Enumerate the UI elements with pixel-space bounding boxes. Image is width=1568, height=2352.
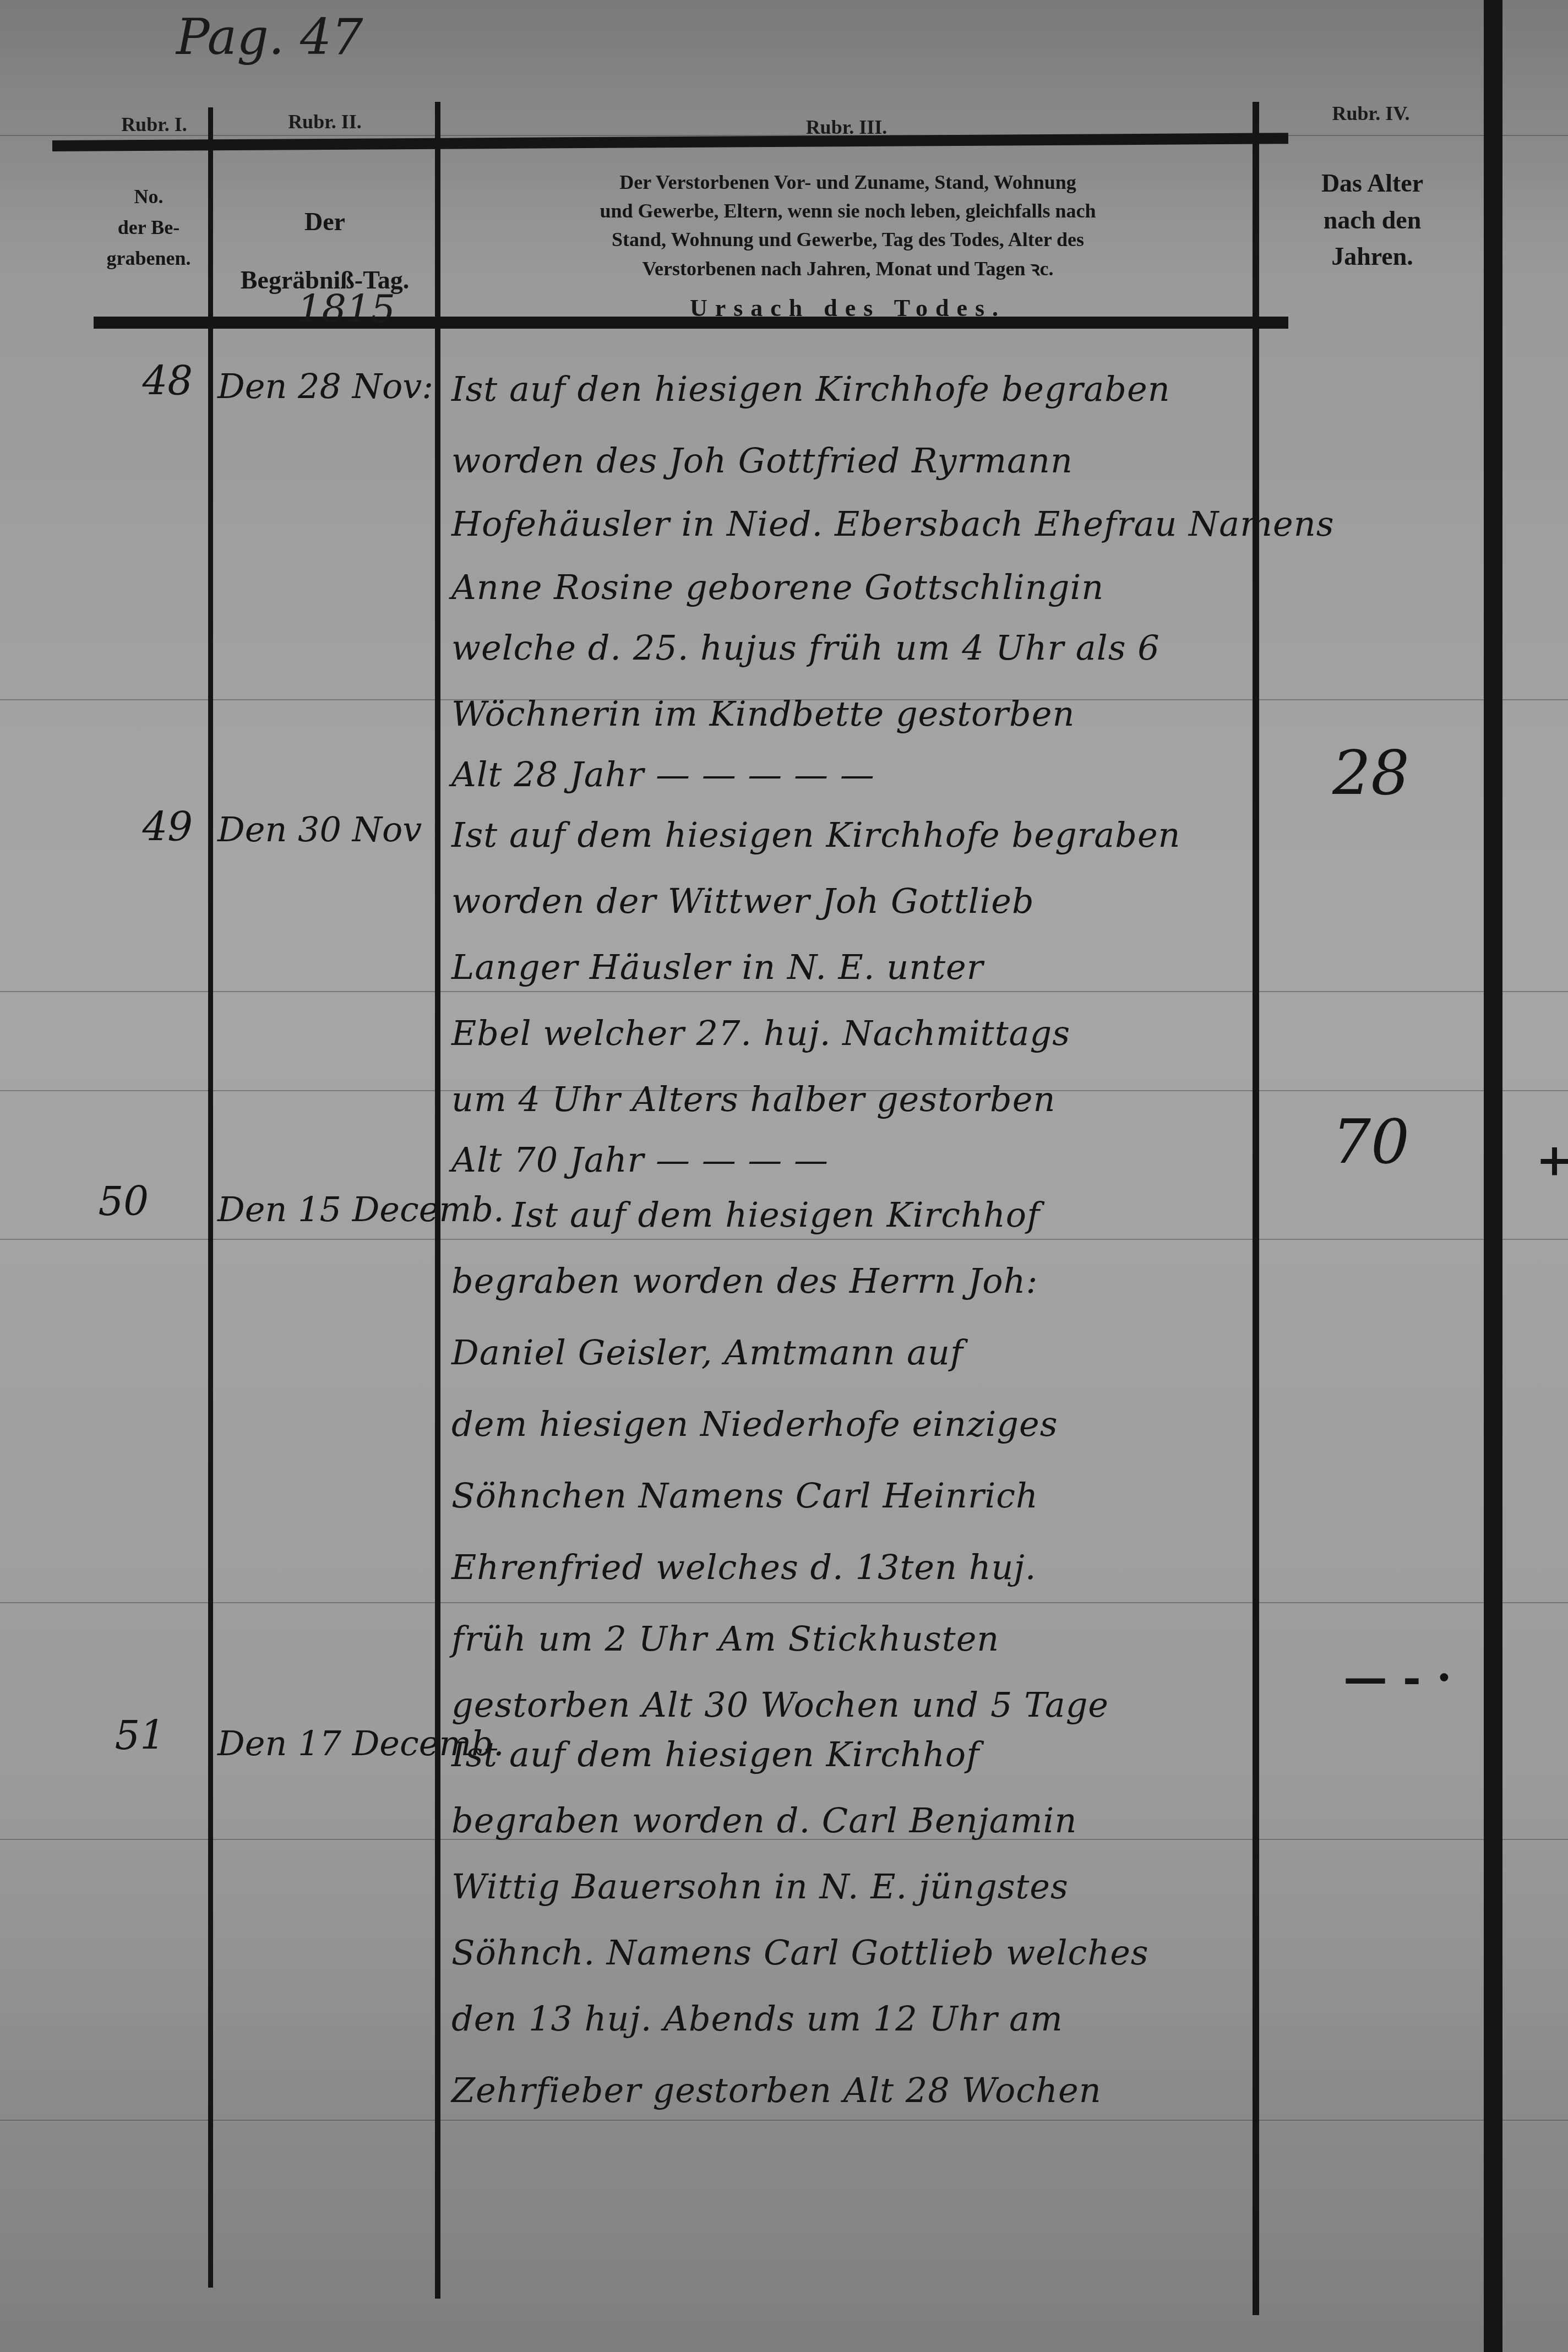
header-cause-of-death: Ursach des Todes. xyxy=(451,291,1244,326)
year-annotation: 1815 xyxy=(297,286,395,331)
entry-text-line: Alt 28 Jahr — — — — — xyxy=(451,754,875,794)
ruled-line xyxy=(0,1239,1568,1240)
entry-number: 48 xyxy=(110,358,193,404)
header-line: No. xyxy=(88,182,209,213)
entry-age: 28 xyxy=(1332,738,1409,808)
entry-text-line: Söhnch. Namens Carl Gottlieb welches xyxy=(451,1932,1149,1973)
entry-date: Den 15 Decemb. xyxy=(217,1189,504,1229)
entry-text-line: Söhnchen Namens Carl Heinrich xyxy=(451,1476,1038,1516)
entry-text-line: welche d. 25. hujus früh um 4 Uhr als 6 xyxy=(451,628,1160,668)
page-number: Pag. 47 xyxy=(176,8,363,66)
entry-text-line: dem hiesigen Niederhofe einziges xyxy=(451,1404,1058,1444)
entry-text-line: Ebel welcher 27. huj. Nachmittags xyxy=(451,1013,1070,1053)
entry-text-line: früh um 2 Uhr Am Stickhusten xyxy=(451,1619,999,1659)
header-line: Verstorbenen nach Jahren, Monat und Tage… xyxy=(451,254,1244,283)
entry-text-line: Alt 70 Jahr — — — — xyxy=(451,1140,829,1180)
ruled-line xyxy=(0,1602,1568,1603)
rubric-4: Rubr. IV. xyxy=(1261,102,1481,125)
entry-text-line: Ist auf dem hiesigen Kirchhofe begraben xyxy=(451,815,1181,855)
header-line: nach den xyxy=(1264,202,1481,239)
header-line: und Gewerbe, Eltern, wenn sie noch leben… xyxy=(451,197,1244,225)
header-col-number: No. der Be- grabenen. xyxy=(88,182,209,274)
entry-text-line: begraben worden d. Carl Benjamin xyxy=(451,1800,1077,1841)
entry-number: 51 xyxy=(83,1712,165,1758)
entry-text-line: begraben worden des Herrn Joh: xyxy=(451,1261,1038,1301)
register-page: Pag. 47 Rubr. I. Rubr. II. Rubr. III. Ru… xyxy=(0,0,1568,2352)
entry-number: 50 xyxy=(66,1178,149,1224)
page-edge-rule xyxy=(1484,0,1502,2352)
dash-mark: — - · xyxy=(1343,1652,1452,1703)
entry-text-line: worden der Wittwer Joh Gottlieb xyxy=(451,881,1035,921)
entry-text-line: Langer Häusler in N. E. unter xyxy=(451,947,983,987)
header-line: Stand, Wohnung und Gewerbe, Tag des Tode… xyxy=(451,225,1244,254)
rubric-1: Rubr. I. xyxy=(99,113,209,136)
entry-date: Den 30 Nov xyxy=(217,809,422,850)
entry-number: 49 xyxy=(110,804,193,850)
header-line: Das Alter xyxy=(1264,165,1481,202)
entry-text-line: Ist auf dem hiesigen Kirchhof xyxy=(512,1195,1040,1235)
entry-text-line: Hofehäusler in Nied. Ebersbach Ehefrau N… xyxy=(451,504,1335,544)
cross-mark: + xyxy=(1536,1134,1568,1186)
entry-text-line: Wittig Bauersohn in N. E. jüngstes xyxy=(451,1866,1069,1907)
entry-text-line: Ist auf dem hiesigen Kirchhof xyxy=(451,1734,979,1774)
entry-text-line: um 4 Uhr Alters halber gestorben xyxy=(451,1079,1055,1119)
entry-text-line: gestorben Alt 30 Wochen und 5 Tage xyxy=(451,1685,1109,1725)
header-line: grabenen. xyxy=(88,243,209,274)
entry-text-line: den 13 huj. Abends um 12 Uhr am xyxy=(451,1999,1063,2039)
entry-age: 70 xyxy=(1332,1107,1409,1177)
header-line: Der xyxy=(215,193,435,251)
entry-text-line: Ist auf den hiesigen Kirchhofe begraben xyxy=(451,369,1170,409)
header-line: Jahren. xyxy=(1264,238,1481,275)
entry-text-line: Daniel Geisler, Amtmann auf xyxy=(451,1332,963,1373)
entry-text-line: Anne Rosine geborene Gottschlingin xyxy=(451,567,1104,607)
header-line: der Be- xyxy=(88,213,209,243)
ruled-line xyxy=(0,2120,1568,2121)
entry-date: Den 28 Nov: xyxy=(217,366,433,406)
entry-text-line: worden des Joh Gottfried Ryrmann xyxy=(451,440,1073,481)
rubric-2: Rubr. II. xyxy=(220,110,429,133)
rubric-3: Rubr. III. xyxy=(440,116,1253,139)
header-col-age: Das Alter nach den Jahren. xyxy=(1264,165,1481,275)
column-rule-1 xyxy=(208,107,213,2288)
entry-text-line: Zehrfieber gestorben Alt 28 Wochen xyxy=(451,2070,1102,2110)
column-rule-3 xyxy=(1253,102,1259,2315)
ruled-line xyxy=(0,991,1568,992)
header-line: Der Verstorbenen Vor- und Zuname, Stand,… xyxy=(451,168,1244,197)
entry-text-line: Wöchnerin im Kindbette gestorben xyxy=(451,694,1075,734)
entry-text-line: Ehrenfried welches d. 13ten huj. xyxy=(451,1547,1036,1587)
header-col-deceased: Der Verstorbenen Vor- und Zuname, Stand,… xyxy=(451,168,1244,326)
